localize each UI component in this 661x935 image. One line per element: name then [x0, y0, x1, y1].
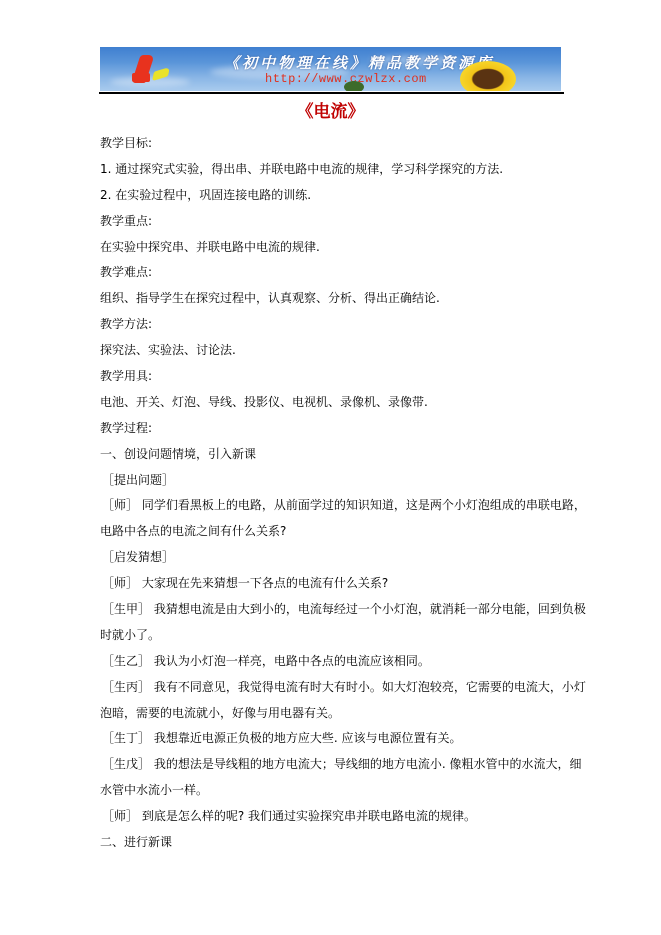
- section-heading-key-points: 教学重点:: [100, 212, 565, 238]
- paragraph: 2. 在实验过程中，巩固连接电路的训练.: [100, 186, 565, 212]
- dialogue-continuation: 泡暗，需要的电流就小，好像与用电器有关。: [100, 704, 565, 730]
- paragraph: 电池、开关、灯泡、导线、投影仪、电视机、录像机、录像带.: [100, 393, 565, 419]
- dialogue-tag: ［启发猜想］: [100, 548, 565, 574]
- dialogue-line: ［生戊］ 我的想法是导线粗的地方电流大；导线细的地方电流小. 像粗水管中的水流大…: [100, 755, 565, 781]
- dialogue-line: ［生丙］ 我有不同意见，我觉得电流有时大有时小。如大灯泡较亮，它需要的电流大，小…: [100, 678, 565, 704]
- dialogue-continuation: 时就小了。: [100, 626, 565, 652]
- section-heading-materials: 教学用具:: [100, 367, 565, 393]
- dialogue-continuation: 电路中各点的电流之间有什么关系?: [100, 522, 565, 548]
- section-heading-process: 教学过程:: [100, 419, 565, 445]
- dialogue-line: ［生丁］ 我想靠近电源正负极的地方应大些. 应该与电源位置有关。: [100, 729, 565, 755]
- paragraph: 在实验中探究串、并联电路中电流的规律.: [100, 238, 565, 264]
- sunflower-icon: [460, 61, 516, 91]
- leaf-decoration: [344, 81, 364, 91]
- document-title: 《电流》: [0, 102, 661, 122]
- section-heading-objectives: 教学目标:: [100, 134, 565, 160]
- paragraph: 组织、指导学生在探究过程中，认真观察、分析、得出正确结论.: [100, 289, 565, 315]
- site-banner: 《初中物理在线》精品教学资源库 http://www.czwlzx.com: [100, 47, 561, 91]
- dialogue-tag: ［提出问题］: [100, 471, 565, 497]
- document-body: 教学目标: 1. 通过探究式实验，得出串、并联电路中电流的规律，学习科学探究的方…: [100, 134, 565, 859]
- dialogue-line: ［生乙］ 我认为小灯泡一样亮，电路中各点的电流应该相同。: [100, 652, 565, 678]
- cloud-decoration: [110, 77, 190, 87]
- document-page: 《初中物理在线》精品教学资源库 http://www.czwlzx.com 《电…: [0, 0, 661, 935]
- paragraph: 探究法、实验法、讨论法.: [100, 341, 565, 367]
- site-logo-icon-base: [132, 73, 150, 82]
- dialogue-line: ［生甲］ 我猜想电流是由大到小的，电流每经过一个小灯泡，就消耗一部分电能，回到负…: [100, 600, 565, 626]
- section-heading-methods: 教学方法:: [100, 315, 565, 341]
- dialogue-continuation: 水管中水流小一样。: [100, 781, 565, 807]
- subsection-heading: 一、创设问题情境，引入新课: [100, 445, 565, 471]
- subsection-heading: 二、进行新课: [100, 833, 565, 859]
- banner-title: 《初中物理在线》精品教学资源库: [224, 52, 494, 73]
- dialogue-line: ［师］ 到底是怎么样的呢? 我们通过实验探究串并联电路电流的规律。: [100, 807, 565, 833]
- section-heading-difficulties: 教学难点:: [100, 263, 565, 289]
- paragraph: 1. 通过探究式实验，得出串、并联电路中电流的规律，学习科学探究的方法.: [100, 160, 565, 186]
- dialogue-line: ［师］ 大家现在先来猜想一下各点的电流有什么关系?: [100, 574, 565, 600]
- dialogue-line: ［师］ 同学们看黑板上的电路，从前面学过的知识知道，这是两个小灯泡组成的串联电路…: [100, 496, 565, 522]
- banner-divider: [99, 92, 564, 94]
